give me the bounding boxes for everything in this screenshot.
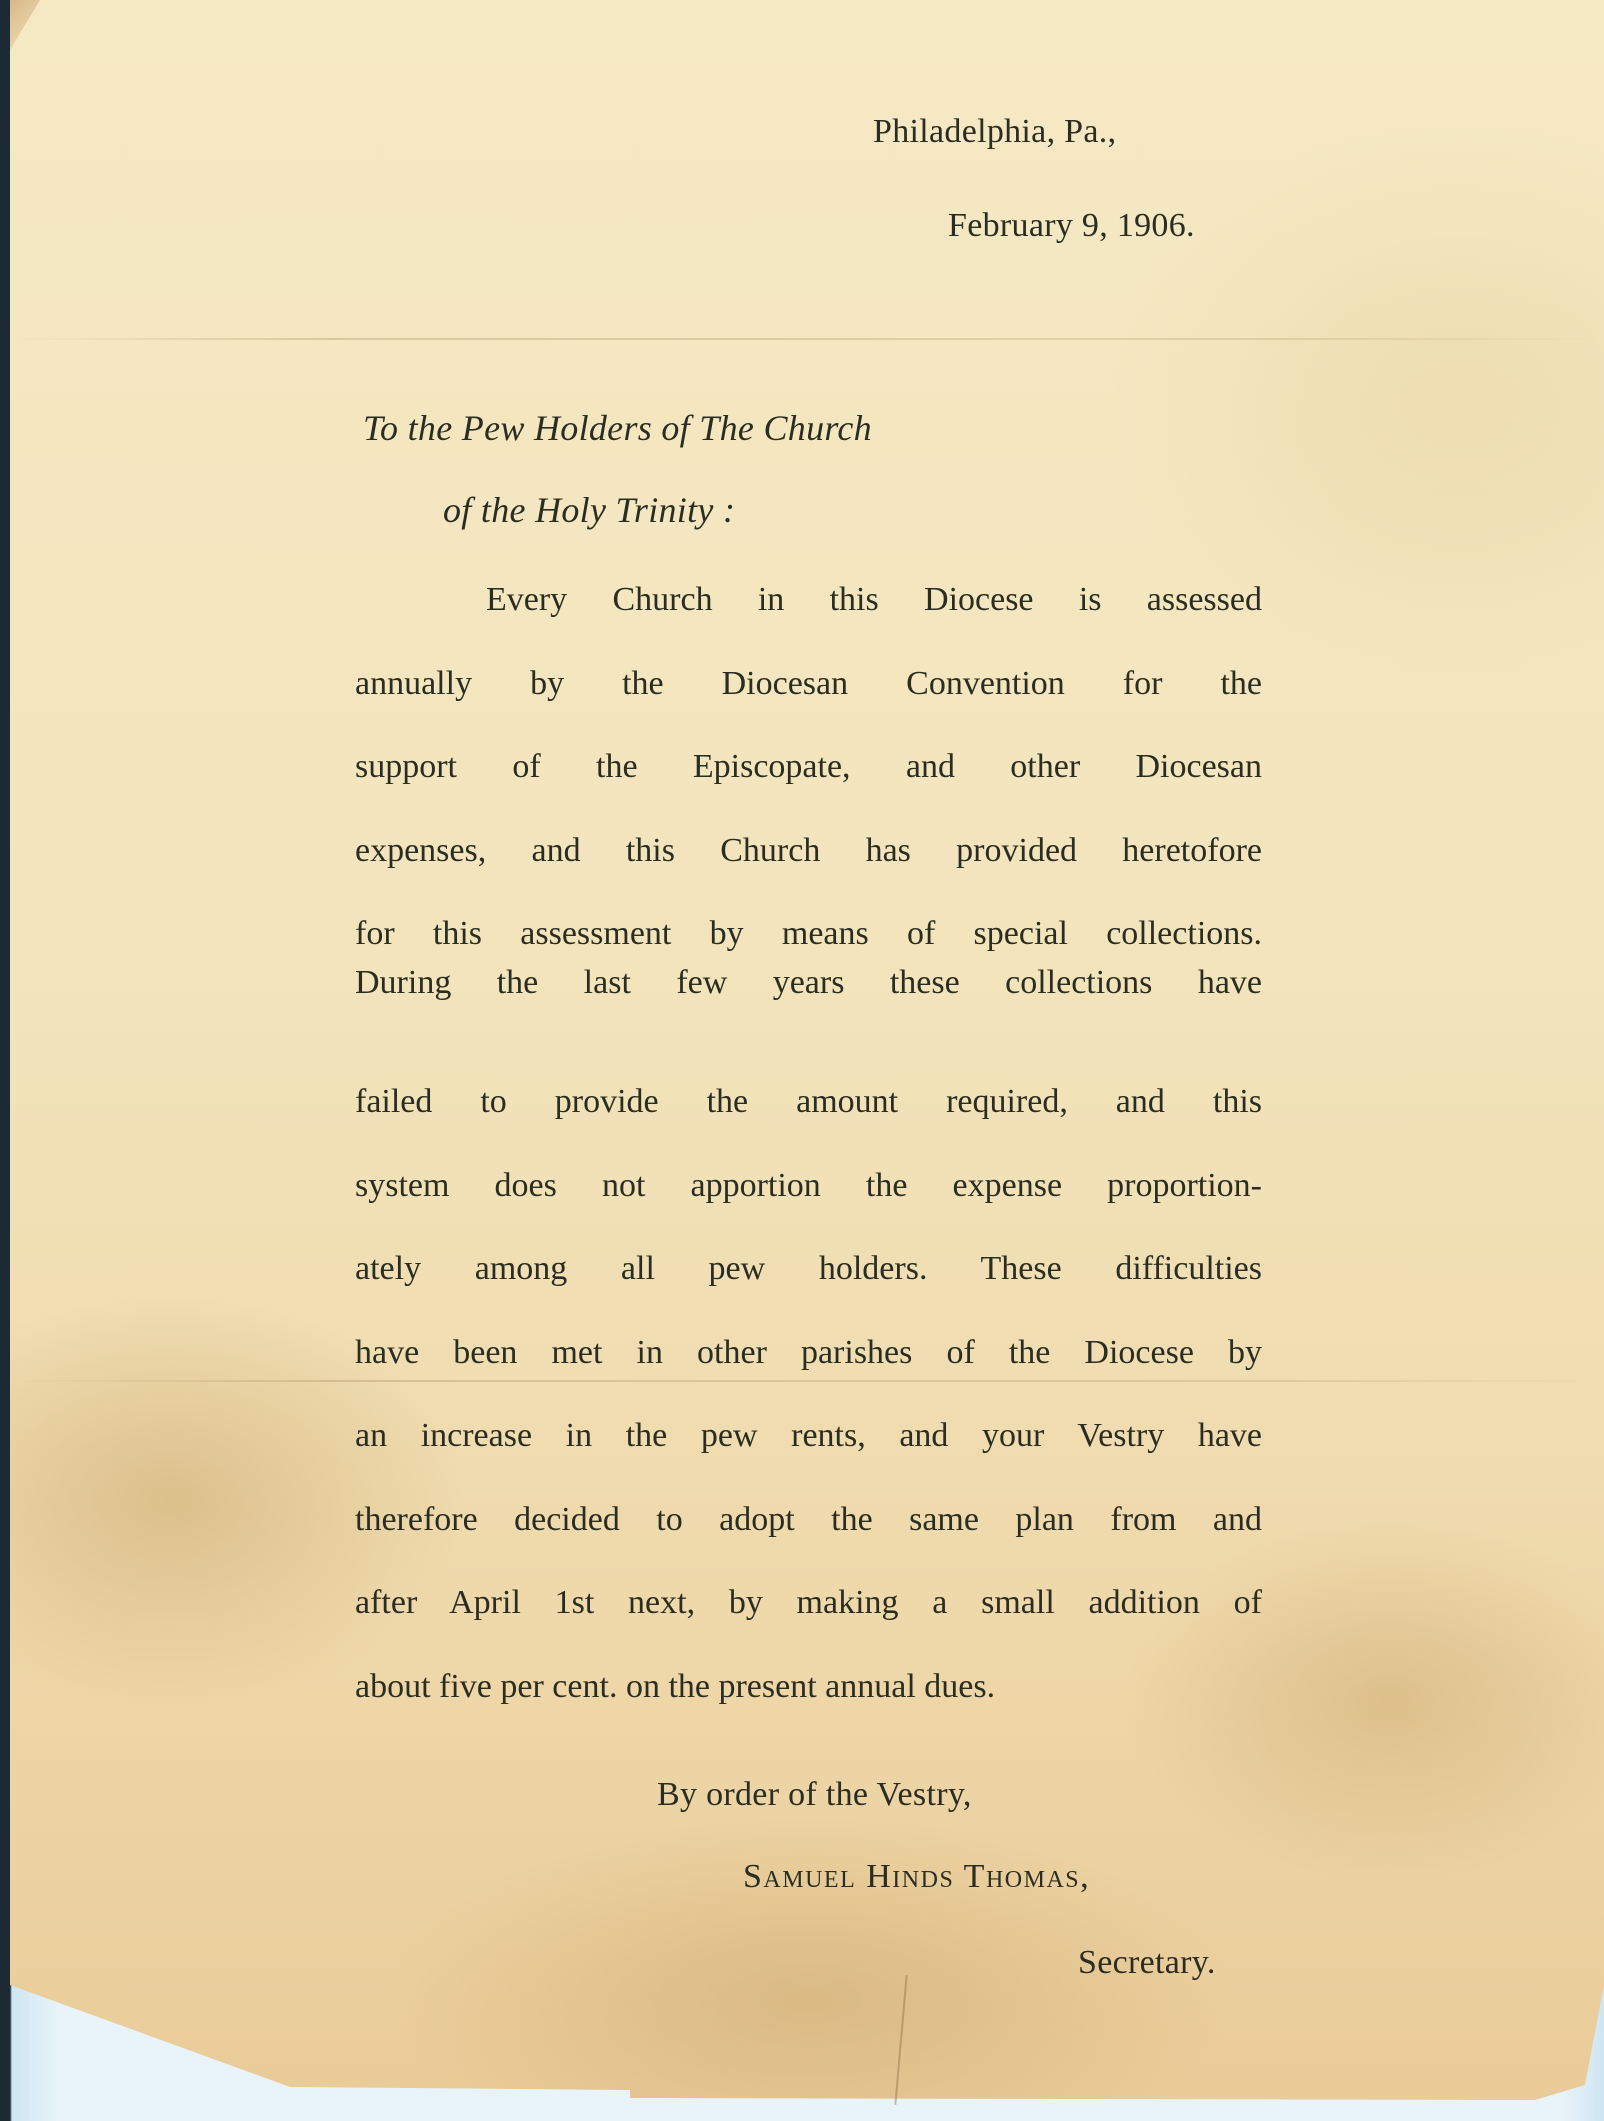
body-line: support of the Episcopate, and other Dio… bbox=[355, 747, 1262, 787]
body-line: about five per cent. on the present annu… bbox=[355, 1667, 995, 1707]
body-line: therefore decided to adopt the same plan… bbox=[355, 1500, 1262, 1540]
letter-date: February 9, 1906. bbox=[948, 206, 1195, 246]
body-line: system does not apportion the expense pr… bbox=[355, 1166, 1262, 1206]
salutation-line-2: of the Holy Trinity : bbox=[443, 490, 735, 530]
body-line: Every Church in this Diocese is assessed bbox=[486, 580, 1262, 620]
body-line: for this assessment by means of special … bbox=[355, 914, 1262, 954]
signatory-title: Secretary. bbox=[1078, 1943, 1216, 1983]
letter-place: Philadelphia, Pa., bbox=[873, 112, 1116, 152]
body-line: During the last few years these collecti… bbox=[355, 963, 1262, 1003]
body-line: failed to provide the amount required, a… bbox=[355, 1082, 1262, 1122]
body-line: expenses, and this Church has provided h… bbox=[355, 831, 1262, 871]
body-line: an increase in the pew rents, and your V… bbox=[355, 1416, 1262, 1456]
salutation-line-1: To the Pew Holders of The Church bbox=[363, 408, 872, 448]
body-line: annually by the Diocesan Convention for … bbox=[355, 664, 1262, 704]
body-line: have been met in other parishes of the D… bbox=[355, 1333, 1262, 1373]
body-line: after April 1st next, by making a small … bbox=[355, 1583, 1262, 1623]
fold-line bbox=[10, 1380, 1604, 1382]
signatory-name: Samuel Hinds Thomas, bbox=[743, 1857, 1090, 1897]
body-line: ately among all pew holders. These diffi… bbox=[355, 1249, 1262, 1289]
closing-line: By order of the Vestry, bbox=[657, 1775, 972, 1815]
fold-line bbox=[10, 338, 1604, 340]
